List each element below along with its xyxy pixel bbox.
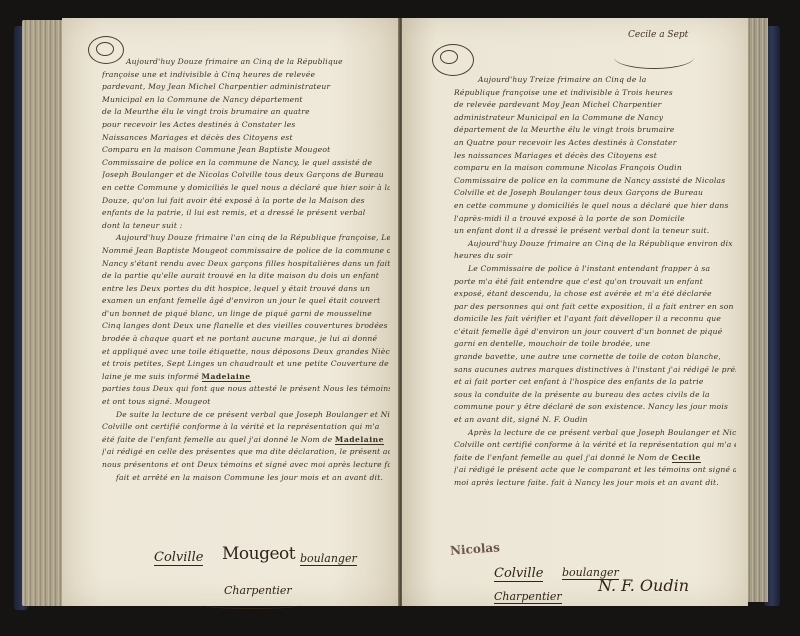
page-block-edge-left bbox=[22, 20, 64, 606]
right-page: Cecile a Sept Aujourd'huy Treize frimair… bbox=[402, 18, 748, 606]
signature-boulanger: boulanger bbox=[300, 552, 357, 566]
left-page: Aujourd'huy Douze frimaire an Cinq de la… bbox=[62, 18, 400, 606]
left-page-signatures: Colville Mougeot boulanger Charpentier bbox=[62, 18, 400, 606]
right-page-signatures: Colville boulanger N. F. Oudin Charpenti… bbox=[402, 18, 748, 606]
signature-mougeot: Mougeot bbox=[222, 544, 295, 564]
open-register-book: Aujourd'huy Douze frimaire an Cinq de la… bbox=[0, 0, 800, 636]
signature-charpentier: Charpentier bbox=[494, 590, 562, 604]
signature-flourish bbox=[204, 602, 300, 609]
signature-colville: Colville bbox=[494, 566, 543, 582]
signature-colville: Colville bbox=[154, 550, 203, 566]
signature-charpentier: Charpentier bbox=[224, 584, 292, 597]
signature-oudin: N. F. Oudin bbox=[598, 576, 689, 595]
page-block-edge-right bbox=[746, 18, 768, 602]
